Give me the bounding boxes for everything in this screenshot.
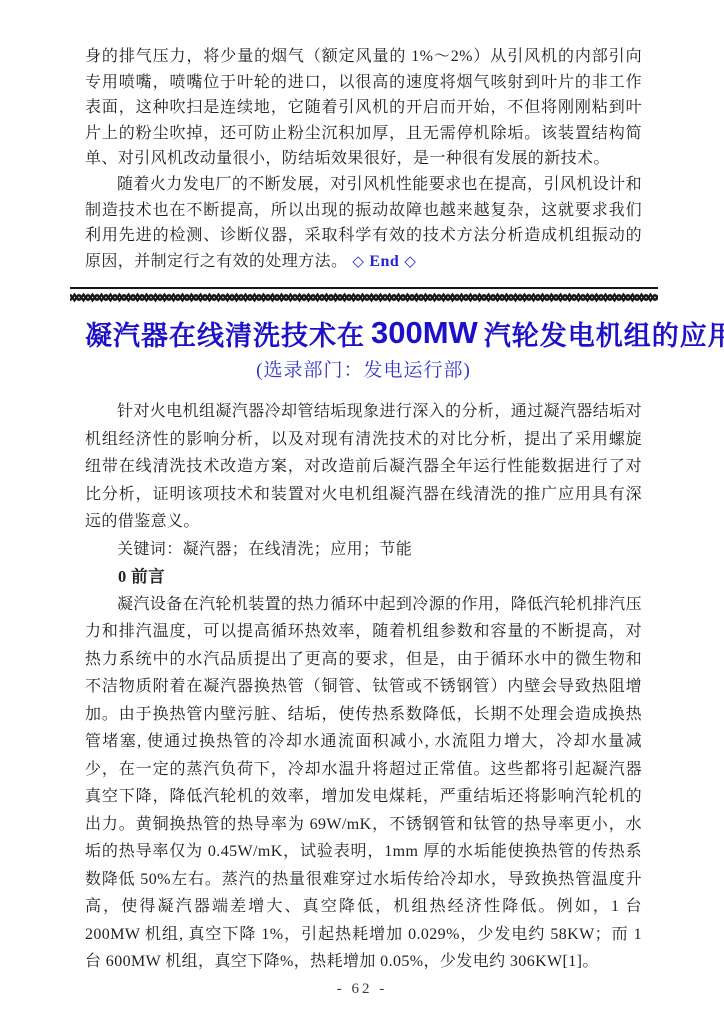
previous-article-tail: 身的排气压力，将少量的烟气（额定风量的 1%～2%）从引风机的内部引向专用喷嘴，… [85, 44, 642, 275]
abstract-paragraph: 针对火电机组凝汽器冷却管结垢现象进行深入的分析，通过凝汽器结垢对机组经济性的影响… [85, 398, 642, 536]
page-number: - 62 - [0, 981, 724, 998]
diamond-icon: ◇ [404, 254, 416, 270]
end-marker: ◇End◇ [347, 253, 421, 270]
section-divider [70, 287, 658, 303]
keywords-line: 关键词：凝汽器；在线清洗；应用；节能 [85, 536, 642, 564]
article-body: 针对火电机组凝汽器冷却管结垢现象进行深入的分析，通过凝汽器结垢对机组经济性的影响… [85, 398, 642, 976]
article-title-mw: 300MW [371, 315, 478, 350]
paragraph-continued: 身的排气压力，将少量的烟气（额定风量的 1%～2%）从引风机的内部引向专用喷嘴，… [85, 44, 642, 172]
paragraph-closing: 随着火力发电厂的不断发展，对引风机性能要求也在提高，引风机设计和制造技术也在不断… [85, 172, 642, 275]
article-title-suffix: 汽轮发电机组的应用 [484, 321, 724, 351]
article-title: 凝汽器在线清洗技术在300MW汽轮发电机组的应用 [85, 318, 642, 353]
article-title-prefix: 凝汽器在线清洗技术在 [85, 321, 365, 351]
intro-paragraph: 凝汽设备在汽轮机装置的热力循环中起到冷源的作用，降低汽轮机排汽压力和排汽温度，可… [85, 591, 642, 976]
diamond-icon: ◇ [352, 254, 364, 270]
end-label: End [369, 253, 399, 270]
zigzag-divider-icon [70, 292, 658, 303]
document-page: 身的排气压力，将少量的烟气（额定风量的 1%～2%）从引风机的内部引向专用喷嘴，… [0, 0, 724, 1024]
section-heading-foreword: 0 前言 [85, 563, 642, 591]
divider-rule [70, 287, 658, 289]
article-subtitle: (选录部门：发电运行部) [85, 358, 642, 383]
